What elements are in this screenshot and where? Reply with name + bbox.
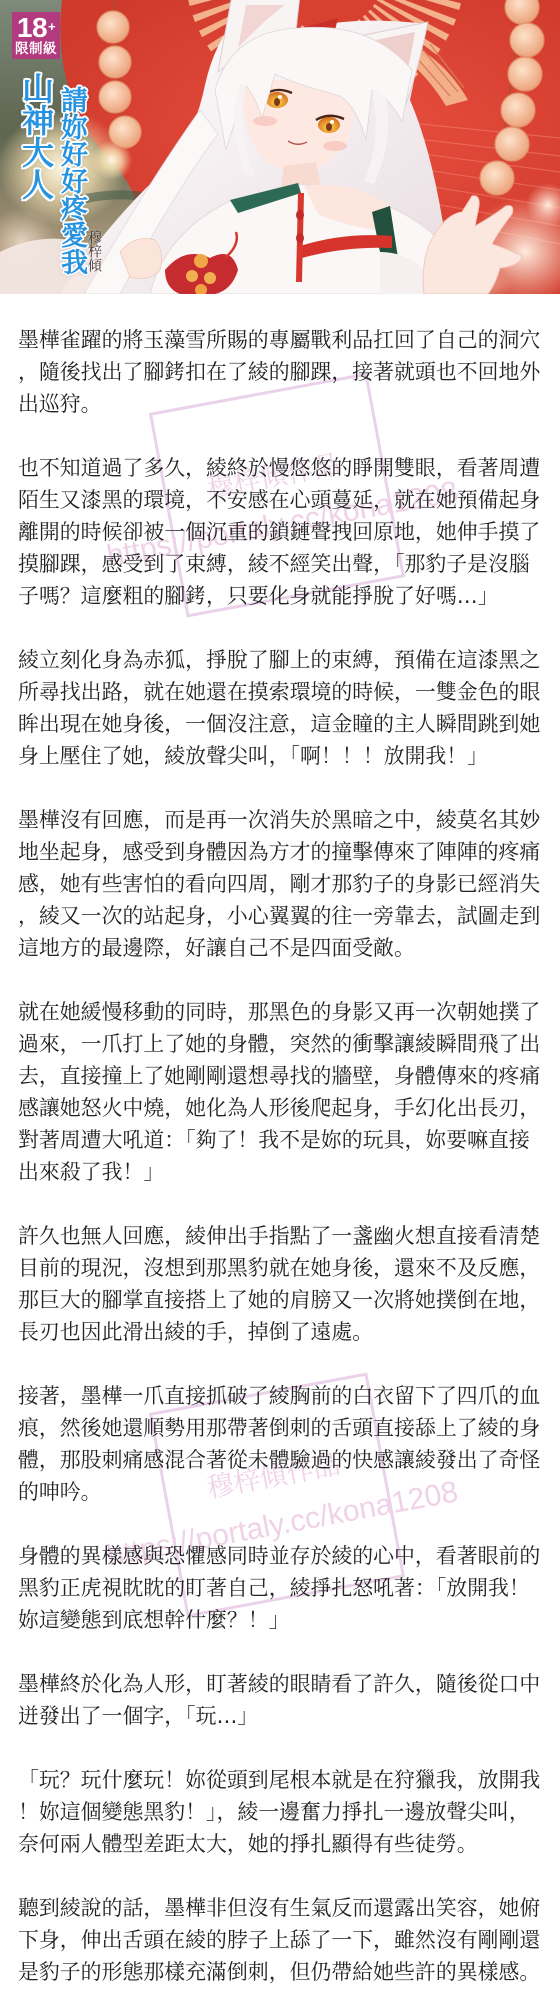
story-line: 許久也無人回應，綾伸出手指點了一盞幽火想直接看清楚	[18, 1220, 540, 1252]
story-line: 過來，一爪打上了她的身體，突然的衝擊讓綾瞬間飛了出	[18, 1028, 540, 1060]
story-line: 黑豹正虎視眈眈的盯著自己，綾掙扎怒吼著：「放開我！	[18, 1572, 540, 1604]
story-line: 所尋找出路，就在她還在摸索環境的時候，一雙金色的眼	[18, 676, 540, 708]
story-line: 接著，墨樺一爪直接抓破了綾胸前的白衣留下了四爪的血	[18, 1380, 540, 1412]
story-line: 墨樺雀躍的將玉藻雪所賜的專屬戰利品扛回了自己的洞穴	[18, 324, 540, 356]
story-line: 感讓她怒火中燒，她化為人形後爬起身，手幻化出長刃，	[18, 1092, 540, 1124]
story-line: 地坐起身，感受到身體因為方才的撞擊傳來了陣陣的疼痛	[18, 836, 540, 868]
story-line: 奈何兩人體型差距太大，她的掙扎顯得有些徒勞。	[18, 1828, 540, 1860]
story-line: 迸發出了一個字，「玩…」	[18, 1700, 540, 1732]
story-line: 的呻吟。	[18, 1476, 540, 1508]
story-line: 去，直接撞上了她剛剛還想尋找的牆壁，身體傳來的疼痛	[18, 1060, 540, 1092]
story-paragraph: 聽到綾說的話，墨樺非但沒有生氣反而還露出笑容，她俯 下身，伸出舌頭在綾的脖子上舔…	[18, 1892, 540, 1988]
story-line: 綾立刻化身為赤狐，掙脫了腳上的束縛，預備在這漆黑之	[18, 644, 540, 676]
reader-page: 18+ 限制級 山神大人 請妳好好疼愛我 穆梓傾 穆梓傾作品 https://p…	[0, 0, 560, 2000]
story-line: ，綾又一次的站起身，小心翼翼的往一旁靠去，試圖走到	[18, 900, 540, 932]
story-line: 痕，然後她還順勢用那帶著倒刺的舌頭直接舔上了綾的身	[18, 1412, 540, 1444]
story-line: 墨樺終於化為人形，盯著綾的眼睛看了許久，隨後從口中	[18, 1668, 540, 1700]
story-line: 妳這變態到底想幹什麼？！」	[18, 1604, 540, 1636]
age-rating-number: 18+	[12, 12, 60, 41]
story-paragraph: 墨樺沒有回應，而是再一次消失於黑暗之中，綾莫名其妙 地坐起身，感受到身體因為方才…	[18, 804, 540, 964]
story-paragraph: 「玩？玩什麼玩！妳從頭到尾根本就是在狩獵我，放開我 ！妳這個變態黑豹！」，綾一邊…	[18, 1764, 540, 1860]
story-line: ！妳這個變態黑豹！」，綾一邊奮力掙扎一邊放聲尖叫，	[18, 1796, 540, 1828]
story-line: 摸腳踝，感受到了束縛，綾不經笑出聲，「那豹子是沒腦	[18, 548, 540, 580]
story-line: 感，她有些害怕的看向四周，剛才那豹子的身影已經消失	[18, 868, 540, 900]
story-line: 出巡狩。	[18, 388, 540, 420]
age-rating-badge: 18+ 限制級	[12, 12, 60, 59]
book-cover: 18+ 限制級 山神大人 請妳好好疼愛我 穆梓傾	[0, 0, 560, 294]
story-line: 就在她緩慢移動的同時，那黑色的身影又再一次朝她撲了	[18, 996, 540, 1028]
book-subtitle: 請妳好好疼愛我	[57, 86, 85, 275]
story-line: ，隨後找出了腳銬扣在了綾的腳踝，接著就頭也不回地外	[18, 356, 540, 388]
story-line: 是豹子的形態那樣充滿倒刺，但仍帶給她些許的異樣感。	[18, 1956, 540, 1988]
age-plus-sign: +	[48, 19, 55, 34]
story-line: 聽到綾說的話，墨樺非但沒有生氣反而還露出笑容，她俯	[18, 1892, 540, 1924]
story-line: 那巨大的腳掌直接搭上了她的肩膀又一次將她撲倒在地，	[18, 1284, 540, 1316]
story-line: 眸出現在她身後，一個沒注意，這金瞳的主人瞬間跳到她	[18, 708, 540, 740]
story-line: 目前的現況，沒想到那黑豹就在她身後，還來不及反應，	[18, 1252, 540, 1284]
story-line: 也不知道過了多久，綾終於慢悠悠的睜開雙眼，看著周遭	[18, 452, 540, 484]
story-line: 對著周遭大吼道：「夠了！我不是妳的玩具，妳要嘛直接	[18, 1124, 540, 1156]
book-author: 穆梓傾	[86, 230, 101, 272]
story-line: 身體的異樣感與恐懼感同時並存於綾的心中，看著眼前的	[18, 1540, 540, 1572]
story-line: 「玩？玩什麼玩！妳從頭到尾根本就是在狩獵我，放開我	[18, 1764, 540, 1796]
age-number: 18	[17, 12, 47, 43]
story-line: 離開的時候卻被一個沉重的鎖鏈聲拽回原地，她伸手摸了	[18, 516, 540, 548]
story-line: 墨樺沒有回應，而是再一次消失於黑暗之中，綾莫名其妙	[18, 804, 540, 836]
story-text: 墨樺雀躍的將玉藻雪所賜的專屬戰利品扛回了自己的洞穴 ，隨後找出了腳銬扣在了綾的腳…	[18, 324, 540, 1988]
story-paragraph: 接著，墨樺一爪直接抓破了綾胸前的白衣留下了四爪的血 痕，然後她還順勢用那帶著倒刺…	[18, 1380, 540, 1508]
story-paragraph: 也不知道過了多久，綾終於慢悠悠的睜開雙眼，看著周遭 陌生又漆黑的環境，不安感在心…	[18, 452, 540, 612]
story-paragraph: 墨樺終於化為人形，盯著綾的眼睛看了許久，隨後從口中 迸發出了一個字，「玩…」	[18, 1668, 540, 1732]
story-line: 體，那股刺痛感混合著從未體驗過的快感讓綾發出了奇怪	[18, 1444, 540, 1476]
story-paragraph: 綾立刻化身為赤狐，掙脫了腳上的束縛，預備在這漆黑之 所尋找出路，就在她還在摸索環…	[18, 644, 540, 772]
story-paragraph: 墨樺雀躍的將玉藻雪所賜的專屬戰利品扛回了自己的洞穴 ，隨後找出了腳銬扣在了綾的腳…	[18, 324, 540, 420]
story-line: 出來殺了我！」	[18, 1156, 540, 1188]
book-title: 山神大人	[19, 72, 53, 200]
story-paragraph: 身體的異樣感與恐懼感同時並存於綾的心中，看著眼前的 黑豹正虎視眈眈的盯著自己，綾…	[18, 1540, 540, 1636]
story-line: 下身，伸出舌頭在綾的脖子上舔了一下，雖然沒有剛剛還	[18, 1924, 540, 1956]
age-rating-label: 限制級	[12, 41, 60, 57]
story-line: 子嗎？這麼粗的腳銬，只要化身就能掙脫了好嗎…」	[18, 580, 540, 612]
story-line: 長刃也因此滑出綾的手，掉倒了遠處。	[18, 1316, 540, 1348]
story-line: 陌生又漆黑的環境，不安感在心頭蔓延，就在她預備起身	[18, 484, 540, 516]
story-line: 身上壓住了她，綾放聲尖叫，「啊！！！放開我！」	[18, 740, 540, 772]
story-paragraph: 許久也無人回應，綾伸出手指點了一盞幽火想直接看清楚 目前的現況，沒想到那黑豹就在…	[18, 1220, 540, 1348]
story-line: 這地方的最邊際，好讓自己不是四面受敵。	[18, 932, 540, 964]
story-paragraph: 就在她緩慢移動的同時，那黑色的身影又再一次朝她撲了 過來，一爪打上了她的身體，突…	[18, 996, 540, 1188]
